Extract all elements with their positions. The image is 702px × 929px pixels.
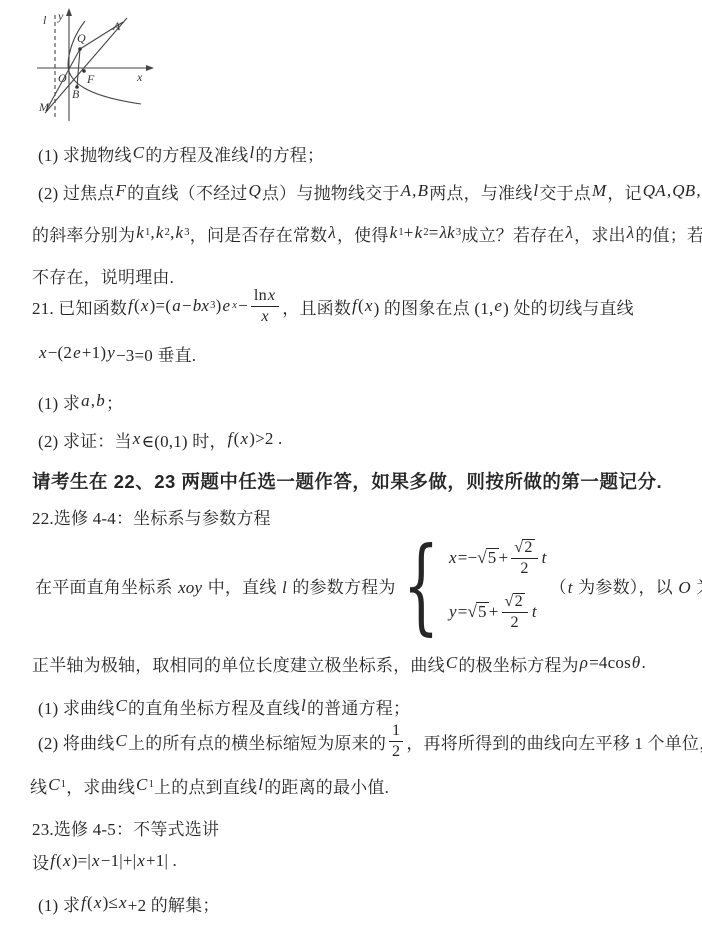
q22-part2-line: (2) 将曲线 C 上的所有点的横坐标缩短为原来的12，再将所得到的曲线向左平移… (38, 720, 702, 762)
x-axis-arrow (146, 65, 154, 71)
q22-parametric-intro: 在平面直角坐标系 xoy 中，直线 l 的参数方程为 (35, 573, 396, 598)
q21-perpendicular-line: x−(2e+1)y−3=0 垂直. (38, 340, 196, 366)
cases-stack: x=−√5+√22t y=√5+√22t (448, 535, 548, 635)
q20-part2-line: (2) 过焦点 F 的直线（不经过 Q 点）与抛物线交于 A,B 两点，与准线 … (38, 178, 702, 204)
q21-part1-line: (1) 求 a,b； (38, 388, 123, 414)
q22-header-line: 22.选修 4-4：坐标系与参数方程 (32, 503, 271, 529)
y-axis-arrow (66, 8, 72, 16)
q23-definition-line: 设 f(x)=|x−1|+|x+1| . (32, 848, 177, 874)
q20-part1-line: (1) 求抛物线 C 的方程及准线 l 的方程； (38, 140, 324, 166)
y-axis-label: y (57, 9, 64, 23)
parametric-cases: { x=−√5+√22t y=√5+√22t (398, 535, 548, 635)
parametric-eq-x: x=−√5+√22t (448, 535, 548, 581)
parabola-figure: l y x O F Q A B M (25, 3, 165, 127)
focus-dot (82, 69, 86, 73)
point-a-label: A (112, 19, 121, 33)
choice-notice-line: 请考生在 22、23 两题中任选一题作答，如果多做，则按所做的第一题记分. (32, 468, 662, 494)
q22-parametric-line: 在平面直角坐标系 xoy 中，直线 l 的参数方程为 { x=−√5+√22t … (35, 535, 702, 635)
q23-part1-line: (1) 求 f(x)≤x+2 的解集； (38, 890, 220, 916)
q22-part2-line-cont: 线 C1 ，求曲线 C1 上的点到直线 l 的距离的最小值. (30, 772, 389, 798)
q21-statement-line: 21. 已知函数 f(x)=(a−bx3)ex−ln xx，且函数 f(x) 的… (32, 283, 634, 329)
q23-header-line: 23.选修 4-5：不等式选讲 (32, 814, 219, 840)
q22-polar-line: 正半轴为极轴，取相同的单位长度建立极坐标系，曲线 C 的极坐标方程为 ρ=4co… (32, 650, 646, 676)
parametric-eq-y: y=√5+√22t (448, 589, 548, 635)
origin-label: O (58, 71, 67, 85)
directrix-label: l (43, 13, 47, 27)
q20-part2-line-cont: 的斜率分别为 k1,k2,k3 ，问是否存在常数 λ ，使得 k1+k2=λk3… (32, 220, 702, 246)
focus-label: F (86, 72, 95, 86)
point-q-label: Q (77, 31, 86, 45)
q21-part2-line: (2) 求证：当 x∈(0,1) 时， f(x)>2 . (38, 426, 282, 452)
q22-parametric-suffix: （t 为参数），以 O 为极点，x 轴的 (550, 573, 702, 598)
x-axis-label: x (136, 70, 143, 84)
point-m-label: M (38, 100, 50, 114)
point-b-label: B (72, 87, 80, 101)
q22-part1-line: (1) 求曲线 C 的直角坐标方程及直线 l 的普通方程； (38, 693, 410, 719)
point-q-dot (78, 47, 82, 51)
cases-brace: { (402, 536, 439, 635)
